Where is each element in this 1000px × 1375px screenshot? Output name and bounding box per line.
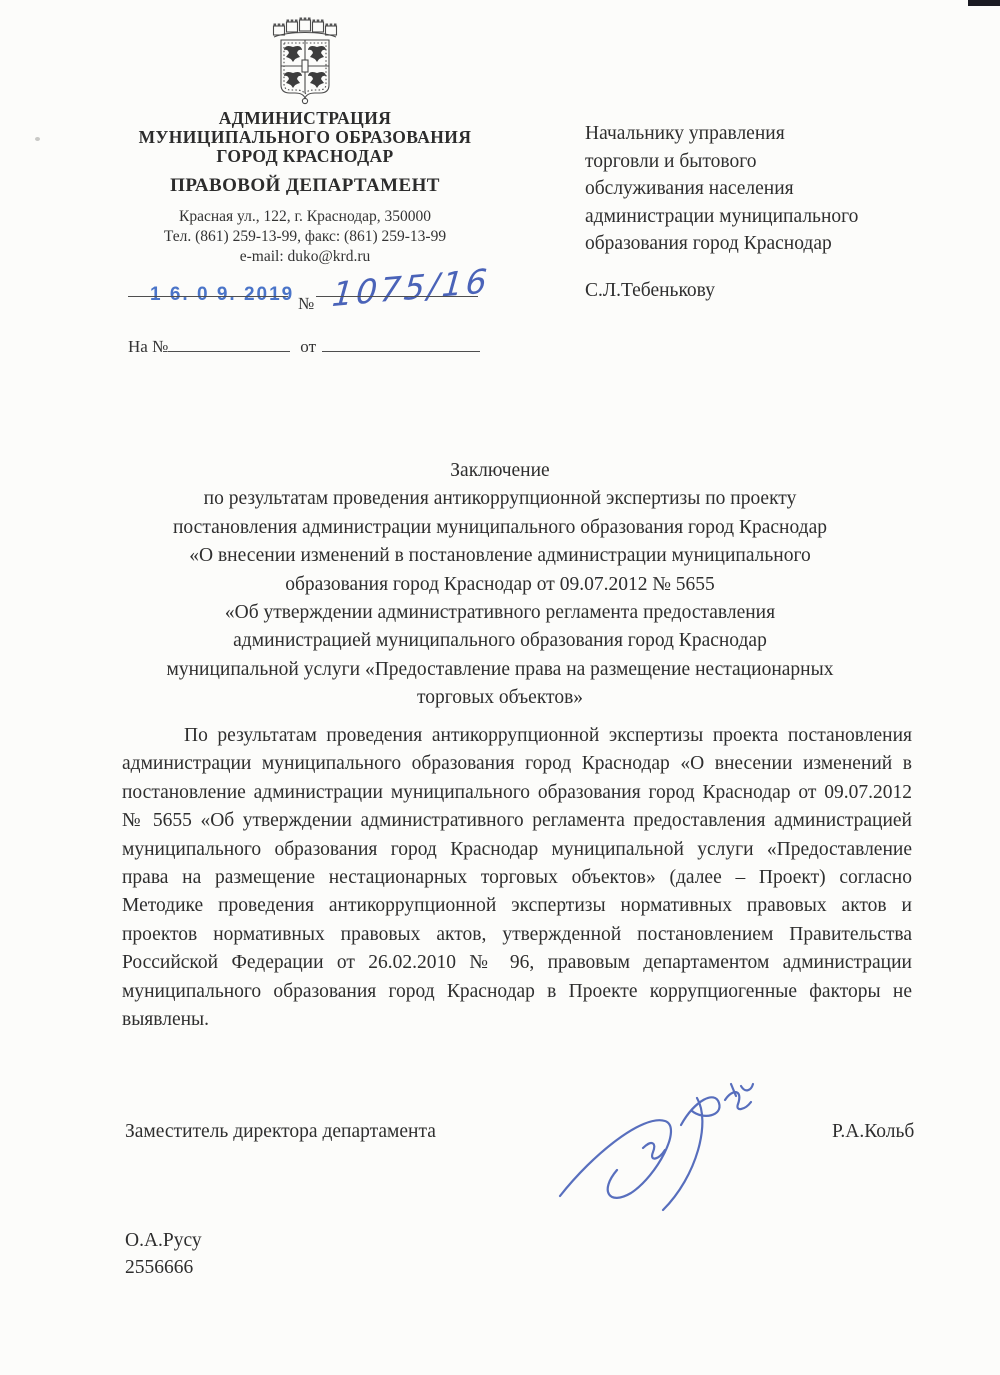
date-stamp: 1 6. 0 9. 2019 [150,284,294,306]
executor-phone: 2556666 [125,1254,202,1281]
reply-number-blank [168,334,290,352]
document-title: Заключениепо результатам проведения анти… [70,457,930,713]
recipient-line: Начальнику управления [585,120,930,148]
org-name-line3: ГОРОД КРАСНОДАР [55,147,555,166]
document-title-line: «Об утверждении административного реглам… [70,599,930,627]
handwritten-signature-icon [545,1078,780,1223]
executor-name: О.А.Русу [125,1227,202,1254]
document-title-line: постановления администрации муниципально… [70,514,930,542]
contact-block: Красная ул., 122, г. Краснодар, 350000 Т… [55,207,555,267]
document-title-line: администрацией муниципального образовани… [70,627,930,655]
document-title-line: муниципальной услуги «Предоставление пра… [70,656,930,684]
document-title-line: «О внесении изменений в постановление ад… [70,542,930,570]
scan-corner-artifact [968,0,1000,6]
handwritten-outgoing-number: 1075/16 [331,261,494,314]
address-line: Красная ул., 122, г. Краснодар, 350000 [55,207,555,227]
scan-speck-artifact [35,137,40,141]
recipient-lines: Начальнику управленияторговли и бытового… [585,120,930,258]
number-sign-label: № [298,294,314,314]
reply-na-label: На № [128,337,168,356]
document-title-line: Заключение [70,457,930,485]
scanned-document-page: АДМИНИСТРАЦИЯ МУНИЦИПАЛЬНОГО ОБРАЗОВАНИЯ… [0,0,1000,1375]
recipient-line: образования город Краснодар [585,230,930,258]
document-title-line: торговых объектов» [70,684,930,712]
signer-position-title: Заместитель директора департамента [125,1121,436,1143]
recipient-block: Начальнику управленияторговли и бытового… [585,120,930,304]
executor-block: О.А.Русу 2556666 [125,1227,202,1281]
number-underline [316,296,478,297]
date-underline [128,296,288,297]
department-name: ПРАВОВОЙ ДЕПАРТАМЕНТ [55,175,555,196]
org-name-line2: МУНИЦИПАЛЬНОГО ОБРАЗОВАНИЯ [55,128,555,147]
reply-date-blank [322,334,480,352]
reply-reference-row: На №от [128,334,480,357]
recipient-line: обслуживания населения [585,175,930,203]
document-title-line: по результатам проведения антикоррупцион… [70,485,930,513]
phone-line: Тел. (861) 259-13-99, факс: (861) 259-13… [55,227,555,247]
document-title-line: образования город Краснодар от 09.07.201… [70,571,930,599]
recipient-line: торговли и бытового [585,148,930,176]
recipient-name: С.Л.Тебенькову [585,277,930,305]
org-name-line1: АДМИНИСТРАЦИЯ [55,109,555,128]
krasnodar-coat-of-arms-icon [267,13,343,105]
letterhead: АДМИНИСТРАЦИЯ МУНИЦИПАЛЬНОГО ОБРАЗОВАНИЯ… [55,109,555,267]
signer-name: Р.А.Кольб [832,1121,914,1143]
body-paragraph: По результатам проведения антикоррупцион… [122,722,912,1034]
reply-ot-label: от [300,337,316,356]
recipient-line: администрации муниципального [585,203,930,231]
